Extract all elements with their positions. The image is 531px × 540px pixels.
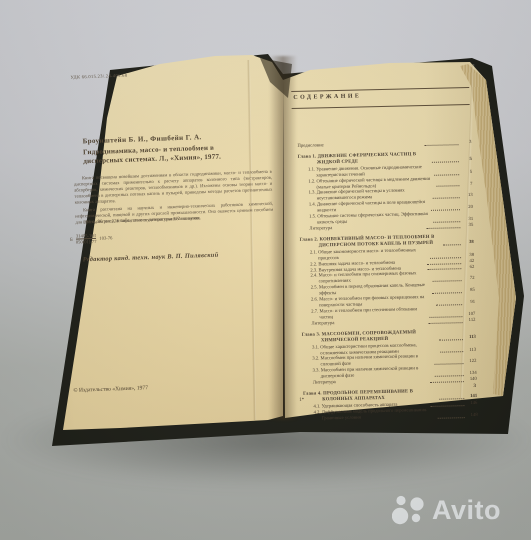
annotation-paragraph: Книга посвящена новейшим достижениям в о… — [74, 169, 273, 206]
toc-entry-page: 62 — [463, 264, 474, 270]
book-title: Гидродинамика, массо- и теплообмен в дис… — [83, 142, 254, 166]
dotted-leader — [429, 322, 463, 324]
contents-page-content: СОДЕРЖАНИЕ Предисловие 3 Глава 1. ДВИЖЕН… — [291, 76, 495, 416]
toc-entry-page: 72 — [464, 276, 475, 282]
toc-entry-page: 113 — [465, 335, 476, 341]
toc-entry-page: 146 — [466, 401, 477, 407]
udc-code: УДК 66.015.23/.24-405.68 — [70, 73, 127, 80]
toc-entry-page: 113 — [465, 347, 476, 353]
imprint-page-content: УДК 66.015.23/.24-405.68 Броунштейн Б. И… — [62, 59, 287, 438]
index-suffix: 103-76 — [99, 236, 112, 241]
dotted-leader — [430, 381, 464, 383]
signature-mark: 1* — [299, 398, 304, 403]
toc-entry-page: 140 — [466, 377, 477, 383]
index-fraction: 31405-103 050(01)-77 — [75, 233, 96, 245]
dotted-leader — [439, 398, 464, 400]
copyright-line: © Издательство «Химия», 1977 — [73, 385, 148, 394]
editor-line: Редактор канд. техн. наук В. П. Пилявски… — [83, 252, 219, 264]
toc-entry: Предисловие 3 — [297, 140, 471, 150]
toc-entry-page: 148 — [467, 413, 478, 419]
book-photo: УДК 66.015.23/.24-405.68 Броунштейн Б. И… — [0, 0, 531, 540]
avito-wordmark: Avito — [432, 495, 501, 526]
toc-entry-page: 85 — [464, 288, 475, 294]
toc-entry-title: Предисловие — [297, 141, 422, 150]
dotted-leader — [443, 244, 461, 245]
toc-entry-page: 141 — [466, 394, 477, 400]
toc-entry-page: 91 — [464, 300, 475, 306]
toc-entry-page: 35 — [462, 223, 473, 229]
toc-entry-page: 20 — [462, 205, 473, 211]
toc-entry-page: 122 — [465, 359, 476, 365]
toc-entry-title: Литература — [311, 319, 426, 328]
toc-entry-page: 7 — [461, 181, 472, 187]
toc-entry-page: 5 — [461, 170, 472, 176]
dotted-leader — [439, 339, 463, 341]
dotted-leader — [438, 417, 465, 419]
toc-entry-page: 38 — [463, 240, 474, 246]
publication-index: Б 31405-103 050(01)-77 103-76 — [70, 232, 113, 245]
contents-top-rule — [291, 87, 469, 92]
avito-logo-icon — [392, 494, 428, 526]
avito-watermark: Avito — [392, 494, 501, 526]
toc-entry-page: 112 — [464, 318, 475, 324]
page-number: 3 — [473, 384, 476, 389]
toc-entry-page: 13 — [462, 193, 473, 199]
table-of-contents: Предисловие 3 Глава 1. ДВИЖЕНИЕ СФЕРИЧЕС… — [297, 140, 477, 423]
toc-entry-title: Литература — [313, 378, 428, 387]
authors-line: Броунштейн Б. И., Фишбейн Г. А. — [83, 133, 202, 145]
toc-entry-title: Литература — [309, 224, 424, 233]
dotted-leader — [425, 144, 459, 146]
toc-entry-page: 5 — [461, 157, 472, 163]
index-denominator: 050(01)-77 — [76, 238, 97, 245]
toc-entry-page: 3 — [460, 140, 471, 146]
contents-bottom-rule — [292, 104, 470, 109]
index-prefix: Б — [70, 237, 73, 242]
dotted-leader — [432, 161, 459, 163]
contents-heading: СОДЕРЖАНИЕ — [293, 93, 361, 101]
dotted-leader — [426, 227, 460, 229]
